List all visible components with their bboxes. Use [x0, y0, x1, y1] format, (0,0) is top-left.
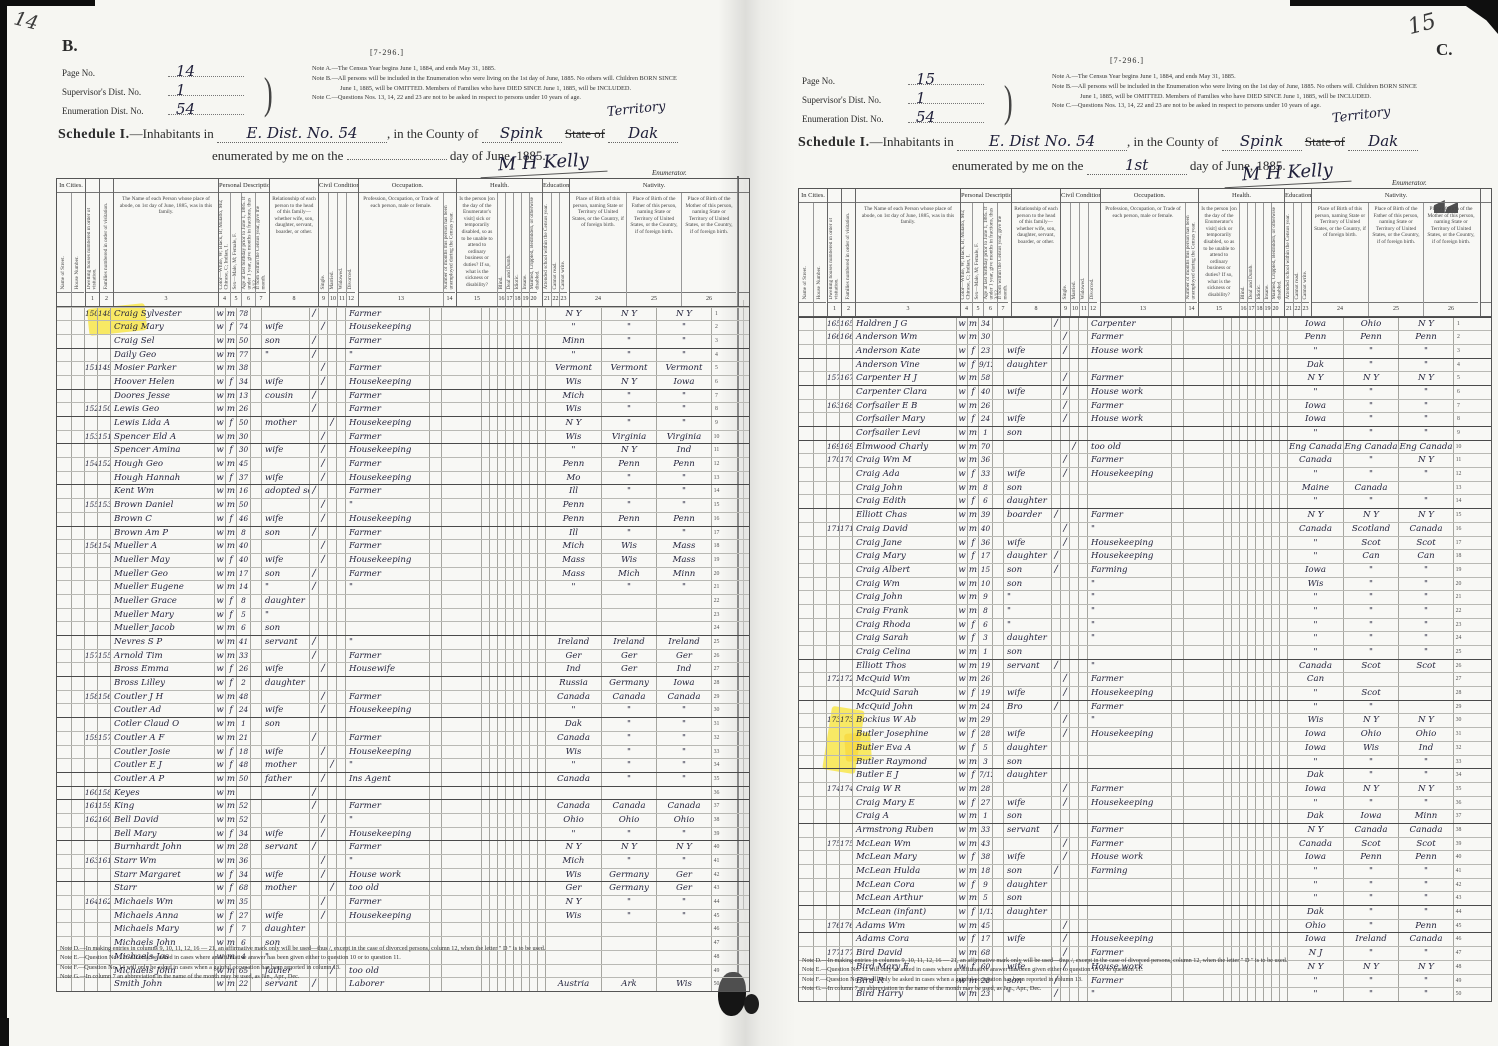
cell-widowed — [1069, 742, 1078, 755]
cell-occupation: Farmer — [1087, 331, 1171, 344]
cell-cannot-read — [1271, 578, 1279, 591]
cell-idiotic — [497, 787, 505, 800]
cell-color: w — [956, 673, 967, 686]
cell-row-number: 36 — [711, 787, 721, 800]
cell-birthplace: N Y — [1287, 961, 1343, 974]
cell-school — [521, 814, 529, 827]
cell-house — [71, 828, 84, 841]
cell-unemployed — [1171, 769, 1183, 782]
cell-street — [57, 663, 71, 676]
cell-blind — [481, 869, 489, 882]
cell-blind — [481, 499, 489, 512]
cell-deaf — [1231, 838, 1239, 851]
column-number: 4 — [219, 292, 230, 306]
column-header-unemployed: Number of months this person has been un… — [443, 193, 455, 306]
column-header-birthplace-mother: Place of Birth of the Mother of this per… — [681, 193, 736, 306]
cell-birthplace-mother: Minn — [1398, 810, 1453, 823]
cell-dwelling — [826, 550, 839, 563]
column-number: 23 — [560, 292, 567, 306]
cell-divorced — [1078, 742, 1087, 755]
cell-month — [250, 773, 261, 786]
sup-dist-label: Supervisor's Dist. No. — [62, 87, 168, 97]
cell-cannot-read — [529, 910, 537, 923]
cell-cannot-read — [529, 650, 537, 663]
cell-health — [441, 417, 481, 430]
cell-house — [71, 362, 84, 375]
cell-blind — [1223, 482, 1231, 495]
column-header-dwelling: Dwelling houses numbered in order of vis… — [828, 203, 841, 316]
cell-cannot-read — [529, 609, 537, 622]
cell-health — [441, 362, 481, 375]
cell-health — [1183, 550, 1223, 563]
cell-age: 28 — [978, 783, 992, 796]
cell-cannot-write — [537, 458, 545, 471]
cell-health — [441, 869, 481, 882]
cell-married: ∕ — [318, 376, 327, 389]
column-header-blind: Blind.16 — [1239, 203, 1247, 316]
cell-cannot-read — [529, 417, 537, 430]
cell-color: w — [956, 359, 967, 372]
cell-school — [521, 335, 529, 348]
table-row: Craig Adawf33wife∕Housekeeping"""12 — [799, 467, 1491, 481]
cell-birthplace — [545, 622, 601, 635]
cell-insane — [1247, 714, 1255, 727]
cell-month — [250, 595, 261, 608]
cell-row-number: 3 — [1453, 345, 1463, 358]
cell-family — [839, 619, 852, 632]
cell-house — [813, 824, 826, 837]
cell-single — [309, 431, 318, 444]
cell-cannot-write — [1279, 797, 1287, 810]
cell-divorced — [1078, 865, 1087, 878]
column-label: Place of Birth of the Mother of this per… — [682, 193, 736, 292]
cell-single — [1051, 427, 1060, 440]
cell-occupation: Housekeeping — [1087, 687, 1171, 700]
cell-occupation: Farmer — [345, 431, 429, 444]
cell-maimed — [1255, 495, 1263, 508]
cell-birthplace-mother: Ireland — [656, 636, 711, 649]
cell-age: 9/12 — [978, 359, 992, 372]
column-label: Place of Birth of the Father of this per… — [627, 193, 681, 292]
cell-health — [1183, 646, 1223, 659]
cell-cannot-read — [1271, 372, 1279, 385]
cell-birthplace: Iowa — [1287, 742, 1343, 755]
cell-row-number: 21 — [711, 581, 721, 594]
cell-maimed — [1255, 468, 1263, 481]
cell-street — [57, 609, 71, 622]
cell-row-number: 4 — [711, 349, 721, 362]
cell-insane — [1247, 578, 1255, 591]
cell-row-number: 44 — [1453, 906, 1463, 919]
cell-age: 1 — [978, 810, 992, 823]
cell-deaf — [489, 732, 497, 745]
cell-maimed — [1255, 632, 1263, 645]
cell-widowed — [1069, 892, 1078, 905]
cell-house — [71, 814, 84, 827]
cell-cannot-write — [1279, 441, 1287, 454]
cell-idiotic — [497, 704, 505, 717]
column-header-married: Married.10 — [1070, 203, 1079, 316]
cell-dwelling — [84, 746, 97, 759]
cell-unemployed — [429, 650, 441, 663]
cell-health — [1183, 318, 1223, 331]
cell-cannot-write — [1279, 632, 1287, 645]
scan-edge-bottom-left — [0, 1018, 9, 1046]
cell-unemployed — [429, 595, 441, 608]
cell-occupation: Housekeeping — [345, 828, 429, 841]
cell-married: ∕ — [318, 773, 327, 786]
cell-house — [71, 527, 84, 540]
cell-single — [309, 855, 318, 868]
cell-insane — [1247, 441, 1255, 454]
cell-row-number: 47 — [711, 937, 721, 950]
cell-row-number: 43 — [711, 882, 721, 895]
cell-single — [1051, 892, 1060, 905]
cell-married: ∕ — [1060, 454, 1069, 467]
cell-birthplace-father: Ohio — [601, 814, 656, 827]
column-group-label: Nativity. — [1312, 189, 1480, 203]
column-number — [739, 292, 749, 306]
cell-maimed — [513, 417, 521, 430]
cell-house — [71, 746, 84, 759]
cell-dwelling: 171 — [826, 523, 839, 536]
cell-birthplace-father: Canada — [1343, 824, 1398, 837]
cell-family: 160 — [97, 814, 110, 827]
cell-cannot-write — [537, 841, 545, 854]
cell-birthplace-mother — [1398, 687, 1453, 700]
table-row: Brown Cwf46wife∕HousekeepingPennPennPenn… — [57, 512, 749, 526]
cell-house — [813, 797, 826, 810]
cell-widowed — [327, 923, 336, 936]
cell-divorced — [336, 485, 345, 498]
cell-sex: m — [225, 841, 236, 854]
cell-relationship — [1003, 920, 1051, 933]
cell-divorced — [336, 691, 345, 704]
column-group-label: Occupation. — [359, 179, 456, 193]
cell-relationship — [261, 691, 309, 704]
cell-relationship: " — [1003, 605, 1051, 618]
cell-occupation: House work — [1087, 413, 1171, 426]
cell-health — [1183, 454, 1223, 467]
cell-health — [441, 773, 481, 786]
cell-month — [992, 427, 1003, 440]
cell-street — [57, 650, 71, 663]
cell-birthplace-father: N Y — [1343, 961, 1398, 974]
cell-widowed — [1069, 714, 1078, 727]
cell-blind — [481, 403, 489, 416]
cell-name: Bockius W Ab — [852, 714, 956, 727]
table-row: Burnhardt Johnwm28servant∕FarmerN YN YN … — [57, 840, 749, 854]
cell-relationship — [261, 732, 309, 745]
cell-idiotic — [1239, 865, 1247, 878]
cell-age: 38 — [978, 851, 992, 864]
cell-name: Bell David — [110, 814, 214, 827]
cell-birthplace-mother: Ind — [656, 444, 711, 457]
cell-birthplace-mother: N Y — [656, 308, 711, 321]
cell-house — [71, 896, 84, 909]
cell-school — [521, 527, 529, 540]
cell-deaf — [1231, 892, 1239, 905]
cell-divorced — [336, 828, 345, 841]
cell-health — [1183, 482, 1223, 495]
cell-color: w — [214, 622, 225, 635]
cell-name: Craig Edith — [852, 495, 956, 508]
cell-idiotic — [1239, 838, 1247, 851]
cell-maimed — [513, 321, 521, 334]
column-label: If born within the Census year, give the… — [256, 193, 267, 292]
cell-relationship — [261, 800, 309, 813]
cell-deaf — [1231, 372, 1239, 385]
cell-widowed — [327, 622, 336, 635]
cell-cannot-write — [537, 513, 545, 526]
cell-relationship: mother — [261, 417, 309, 430]
cell-birthplace-father: N Y — [1343, 509, 1398, 522]
cell-dwelling — [826, 509, 839, 522]
cell-single — [309, 718, 318, 731]
cell-idiotic — [497, 622, 505, 635]
table-row: 158156Coutler J Hwm48∕FarmerCanadaCanada… — [57, 690, 749, 704]
cell-dwelling: 153 — [84, 431, 97, 444]
cell-occupation — [1087, 756, 1171, 769]
cell-school — [521, 896, 529, 909]
cell-health — [1183, 838, 1223, 851]
cell-dwelling — [84, 910, 97, 923]
cell-street — [799, 851, 813, 864]
cell-name: Coutler E J — [110, 759, 214, 772]
cell-divorced — [336, 458, 345, 471]
cell-month — [250, 663, 261, 676]
cell-occupation: Farmer — [1087, 372, 1171, 385]
cell-married: ∕ — [318, 431, 327, 444]
cell-single — [1051, 687, 1060, 700]
cell-relationship — [1003, 372, 1051, 385]
cell-street — [57, 841, 71, 854]
cell-occupation — [1087, 482, 1171, 495]
cell-single — [309, 773, 318, 786]
cell-maimed — [1255, 824, 1263, 837]
cell-age: 1/12 — [978, 906, 992, 919]
cell-occupation: " — [1087, 632, 1171, 645]
cell-insane — [1247, 810, 1255, 823]
column-header-married: Married.10 — [328, 193, 337, 306]
cell-divorced — [1078, 359, 1087, 372]
cell-age: 7/12 — [978, 769, 992, 782]
cell-name: Craig Ada — [852, 468, 956, 481]
cell-birthplace: " — [545, 704, 601, 717]
column-number: 1 — [86, 292, 99, 306]
cell-widowed — [1069, 851, 1078, 864]
cell-dwelling — [826, 605, 839, 618]
cell-age: 38 — [236, 362, 250, 375]
cell-married: ∕ — [1060, 797, 1069, 810]
cell-cannot-read — [529, 787, 537, 800]
cell-family — [97, 718, 110, 731]
cell-sex: f — [225, 677, 236, 690]
cell-sex: m — [225, 732, 236, 745]
cell-cannot-write — [537, 759, 545, 772]
cell-idiotic — [497, 773, 505, 786]
cell-cannot-read — [1271, 441, 1279, 454]
cell-row-number: 19 — [711, 554, 721, 567]
cell-name: Adams Cora — [852, 933, 956, 946]
cell-dwelling: 161 — [84, 800, 97, 813]
cell-occupation: Farmer — [345, 458, 429, 471]
cell-divorced — [336, 472, 345, 485]
cell-married: ∕ — [318, 704, 327, 717]
cell-birthplace: Ger — [545, 882, 601, 895]
cell-unemployed — [1171, 413, 1183, 426]
cell-cannot-write — [1279, 605, 1287, 618]
cell-birthplace-father: " — [1343, 359, 1398, 372]
cell-widowed — [327, 485, 336, 498]
column-number — [799, 302, 813, 316]
cell-birthplace-mother: " — [656, 910, 711, 923]
cell-deaf — [1231, 797, 1239, 810]
cell-month — [250, 335, 261, 348]
cell-cannot-read — [1271, 482, 1279, 495]
cell-birthplace: " — [1287, 687, 1343, 700]
cell-relationship: wife — [261, 663, 309, 676]
cell-family — [839, 810, 852, 823]
cell-deaf — [489, 308, 497, 321]
cell-maimed — [1255, 879, 1263, 892]
cell-cannot-write — [1279, 400, 1287, 413]
cell-color: w — [956, 646, 967, 659]
cell-school — [521, 869, 529, 882]
cell-month — [250, 527, 261, 540]
cell-deaf — [489, 540, 497, 553]
cell-name: Mueller Geo — [110, 568, 214, 581]
cell-month — [992, 660, 1003, 673]
column-label: Name of Street. — [61, 193, 67, 292]
cell-row-number: 34 — [711, 759, 721, 772]
cell-house — [813, 714, 826, 727]
cell-sex: m — [967, 441, 978, 454]
cell-single — [1051, 413, 1060, 426]
cell-family: 165 — [839, 318, 852, 331]
cell-relationship: adopted son — [261, 485, 309, 498]
cell-birthplace-mother: " — [656, 746, 711, 759]
cell-school — [521, 568, 529, 581]
cell-birthplace-father: " — [601, 746, 656, 759]
header-segment: Personal Description.Color—White, W; Bla… — [960, 189, 1011, 316]
cell-birthplace-father: Ark — [601, 978, 656, 991]
enum-dist-value: 54 — [168, 104, 244, 115]
cell-relationship — [261, 458, 309, 471]
cell-sex: f — [967, 537, 978, 550]
cell-cannot-read — [1271, 345, 1279, 358]
cell-unemployed — [429, 663, 441, 676]
cell-birthplace-father — [601, 622, 656, 635]
cell-blind — [1223, 701, 1231, 714]
table-row: 153151Spencer Eld Awm30∕FarmerWisVirgini… — [57, 430, 749, 444]
cell-age: 28 — [978, 728, 992, 741]
cell-birthplace-father: Can — [1343, 550, 1398, 563]
column-number: 25 — [1369, 302, 1423, 316]
cell-married — [1060, 865, 1069, 878]
cell-birthplace-mother: Scot — [1398, 660, 1453, 673]
cell-maimed — [1255, 372, 1263, 385]
cell-birthplace: " — [1287, 550, 1343, 563]
cell-month — [250, 609, 261, 622]
cell-birthplace-father: " — [601, 390, 656, 403]
cell-blind — [1223, 920, 1231, 933]
table-row: Coutler Adwf24wife∕Housekeeping"""30 — [57, 703, 749, 717]
cell-birthplace-mother: " — [656, 759, 711, 772]
cell-age: 68 — [236, 882, 250, 895]
cell-idiotic — [1239, 783, 1247, 796]
cell-sex: m — [225, 622, 236, 635]
cell-birthplace-mother: Ind — [656, 663, 711, 676]
cell-cannot-write — [1279, 482, 1287, 495]
cell-occupation: Farmer — [1087, 701, 1171, 714]
cell-row-number: 22 — [711, 595, 721, 608]
cell-row-number: 42 — [711, 869, 721, 882]
cell-house — [813, 564, 826, 577]
cell-occupation: Farmer — [345, 800, 429, 813]
cell-idiotic — [497, 691, 505, 704]
cell-occupation: House work — [345, 869, 429, 882]
table-row: Lewis Lida Awf50mother∕HousekeepingN Y""… — [57, 416, 749, 430]
column-label: The Name of each Person whose place of a… — [856, 203, 960, 302]
cell-sex: m — [967, 824, 978, 837]
cell-street — [57, 362, 71, 375]
cell-insane — [505, 595, 513, 608]
cell-idiotic — [1239, 824, 1247, 837]
cell-dwelling: 173 — [826, 714, 839, 727]
table-row: 162160Bell Davidwm52∕"OhioOhioOhio38 — [57, 813, 749, 827]
cell-cannot-write — [537, 677, 545, 690]
cell-unemployed — [1171, 441, 1183, 454]
cell-color: w — [214, 595, 225, 608]
cell-deaf — [489, 691, 497, 704]
column-number: 20 — [530, 292, 537, 306]
cell-street — [799, 742, 813, 755]
cell-dwelling — [84, 759, 97, 772]
column-number: 26 — [682, 292, 736, 306]
cell-birthplace — [545, 965, 601, 978]
cell-cannot-read — [1271, 632, 1279, 645]
cell-sex: m — [967, 660, 978, 673]
cell-month — [250, 499, 261, 512]
cell-health — [1183, 756, 1223, 769]
cell-cannot-write — [537, 321, 545, 334]
cell-single: ∕ — [1051, 564, 1060, 577]
cell-birthplace: Canada — [1287, 838, 1343, 851]
cell-family — [97, 581, 110, 594]
cell-month — [992, 441, 1003, 454]
cell-age: 1 — [978, 646, 992, 659]
cell-divorced — [1078, 920, 1087, 933]
cell-maimed — [1255, 482, 1263, 495]
cell-school — [521, 609, 529, 622]
cell-birthplace-mother: Can — [1398, 550, 1453, 563]
cell-street — [799, 797, 813, 810]
cell-insane — [1247, 413, 1255, 426]
cell-color: w — [214, 828, 225, 841]
table-row: 165165Haldren J Gwm34∕CarpenterIowaOhioN… — [799, 317, 1491, 331]
cell-row-number: 26 — [711, 650, 721, 663]
cell-widowed — [1069, 824, 1078, 837]
cell-health — [441, 677, 481, 690]
cell-age: 17 — [236, 568, 250, 581]
cell-divorced — [1078, 851, 1087, 864]
cell-age: 43 — [978, 838, 992, 851]
table-row: Kent Wmwm16adopted son∕FarmerIll""14 — [57, 484, 749, 498]
header-columns: Is the person [on the day of the Enumera… — [1199, 203, 1284, 316]
cell-cannot-read — [529, 335, 537, 348]
cell-unemployed — [429, 704, 441, 717]
